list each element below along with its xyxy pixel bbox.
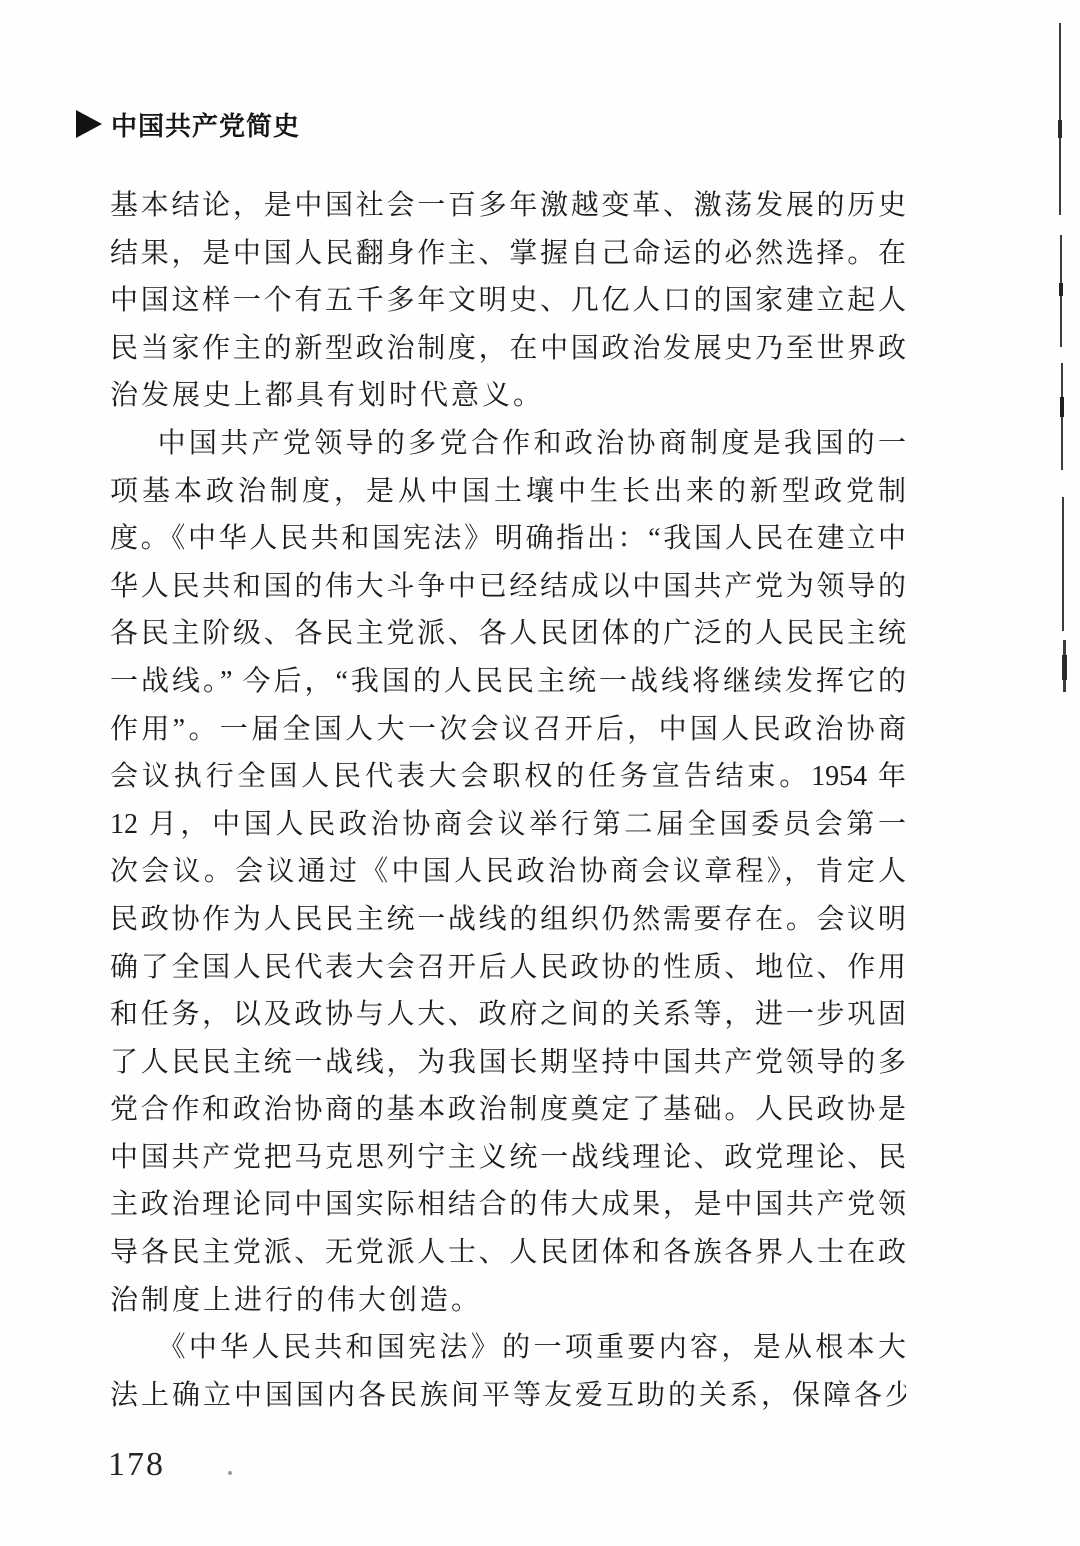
ink-speck (228, 1471, 232, 1475)
scan-line-segment (1058, 120, 1062, 138)
scan-line-segment (1059, 283, 1063, 296)
text-line: 党合作和政治协商的基本政治制度奠定了基础。人民政协是 (110, 1086, 906, 1134)
page-number: 178 (108, 1446, 165, 1484)
scan-line-segment (1059, 23, 1061, 215)
text-line: 了人民民主统一战线，为我国长期坚持中国共产党领导的多 (110, 1039, 906, 1087)
scan-line-segment (1062, 497, 1064, 631)
body-text: 基本结论，是中国社会一百多年激越变革、激荡发展的历史结果，是中国人民翻身作主、掌… (110, 182, 906, 1419)
text-line: 基本结论，是中国社会一百多年激越变革、激荡发展的历史 (110, 182, 906, 230)
text-line: 民当家作主的新型政治制度，在中国政治发展史乃至世界政 (110, 325, 906, 373)
text-line: 12 月，中国人民政治协商会议举行第二届全国委员会第一 (110, 801, 906, 849)
text-line: 作用”。一届全国人大一次会议召开后，中国人民政治协商 (110, 706, 906, 754)
text-line: 中国这样一个有五千多年文明史、几亿人口的国家建立起人 (110, 277, 906, 325)
paragraph: 《中华人民共和国宪法》的一项重要内容，是从根本大法上确立中国国内各民族间平等友爱… (110, 1324, 906, 1419)
text-line: 主政治理论同中国实际相结合的伟大成果，是中国共产党领 (110, 1181, 906, 1229)
text-line: 度。《中华人民共和国宪法》明确指出：“我国人民在建立中 (110, 515, 906, 563)
text-line: 治制度上进行的伟大创造。 (110, 1277, 906, 1325)
text-line: 华人民共和国的伟大斗争中已经结成以中国共产党为领导的 (110, 563, 906, 611)
text-line: 中国共产党把马克思列宁主义统一战线理论、政党理论、民 (110, 1134, 906, 1182)
book-title: 中国共产党简史 (111, 106, 300, 143)
text-line: 各民主阶级、各民主党派、各人民团体的广泛的人民民主统 (110, 610, 906, 658)
text-line: 结果，是中国人民翻身作主、掌握自己命运的必然选择。在 (110, 230, 906, 278)
right-triangle-icon (76, 110, 102, 138)
text-line: 民政协作为人民民主统一战线的组织仍然需要存在。会议明 (110, 896, 906, 944)
text-line: 法上确立中国国内各民族间平等友爱互助的关系，保障各少 (110, 1372, 906, 1420)
text-line: 次会议。会议通过《中国人民政治协商会议章程》，肯定人 (110, 848, 906, 896)
paragraph: 基本结论，是中国社会一百多年激越变革、激荡发展的历史结果，是中国人民翻身作主、掌… (110, 182, 906, 420)
page-header: 中国共产党简史 (76, 108, 300, 140)
text-line: 确了全国人民代表大会召开后人民政协的性质、地位、作用 (110, 944, 906, 992)
text-line: 《中华人民共和国宪法》的一项重要内容，是从根本大 (110, 1324, 906, 1372)
text-line: 导各民主党派、无党派人士、人民团体和各族各界人士在政 (110, 1229, 906, 1277)
text-line: 和任务，以及政协与人大、政府之间的关系等，进一步巩固 (110, 991, 906, 1039)
scan-line-segment (1060, 397, 1064, 417)
text-line: 治发展史上都具有划时代意义。 (110, 372, 906, 420)
text-line: 一战线。” 今后，“我国的人民民主统一战线将继续发挥它的 (110, 658, 906, 706)
text-line: 会议执行全国人民代表大会职权的任务宣告结束。1954 年 (110, 753, 906, 801)
book-page: 中国共产党简史 基本结论，是中国社会一百多年激越变革、激荡发展的历史结果，是中国… (0, 0, 1080, 1546)
paragraph: 中国共产党领导的多党合作和政治协商制度是我国的一项基本政治制度，是从中国土壤中生… (110, 420, 906, 1324)
text-line: 项基本政治制度，是从中国土壤中生长出来的新型政党制 (110, 468, 906, 516)
text-line: 中国共产党领导的多党合作和政治协商制度是我国的一 (110, 420, 906, 468)
scan-line-segment (1062, 655, 1067, 680)
